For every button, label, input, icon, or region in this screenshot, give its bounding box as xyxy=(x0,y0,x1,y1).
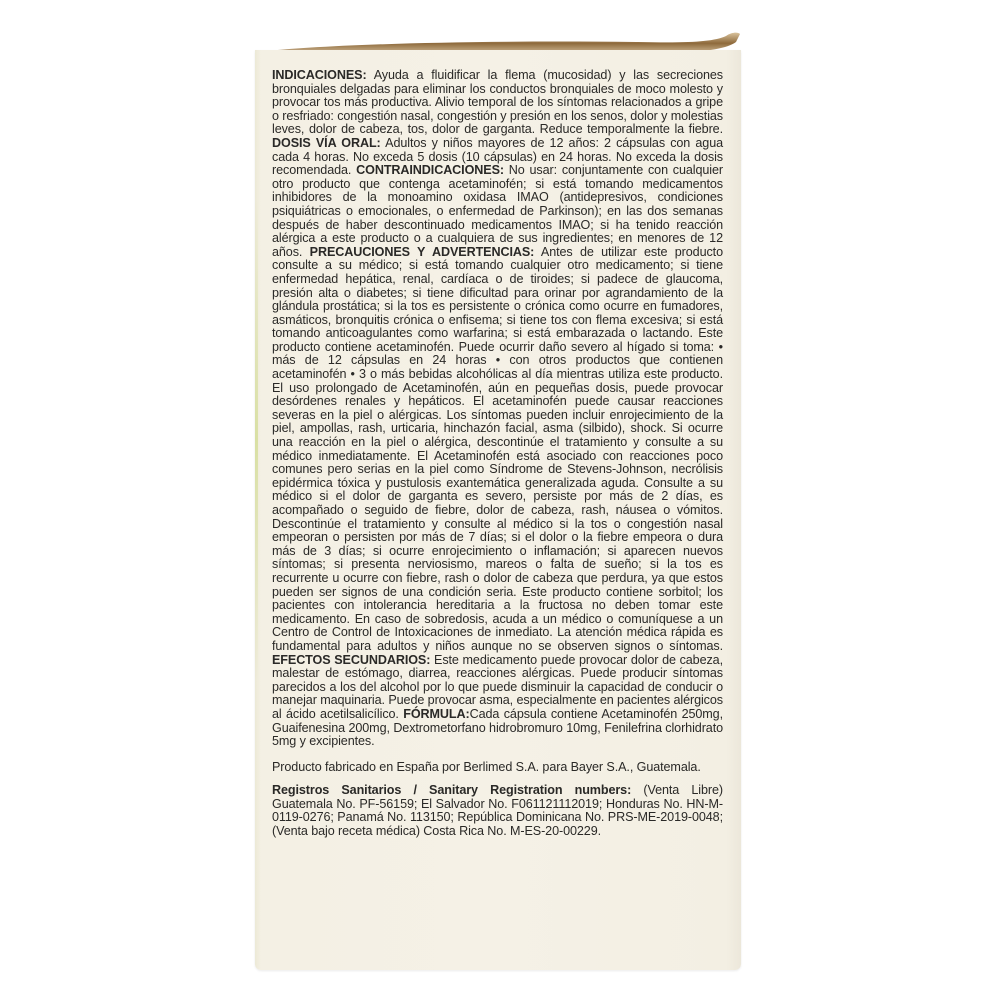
main-instructions: INDICACIONES: Ayuda a fluidificar la fle… xyxy=(272,69,723,749)
product-box-side-panel: INDICACIONES: Ayuda a fluidificar la fle… xyxy=(255,50,741,970)
sanitary-registrations: Registros Sanitarios / Sanitary Registra… xyxy=(272,784,723,838)
label-text-block: INDICACIONES: Ayuda a fluidificar la fle… xyxy=(272,69,723,849)
heading-efectos: EFECTOS SECUNDARIOS: xyxy=(272,653,430,667)
heading-indicaciones: INDICACIONES: xyxy=(272,68,367,82)
heading-dosis: DOSIS VÍA ORAL: xyxy=(272,136,381,150)
manufacturer-note: Producto fabricado en España por Berlime… xyxy=(272,761,723,775)
registrations-heading: Registros Sanitarios / Sanitary Registra… xyxy=(272,783,631,797)
heading-formula: FÓRMULA: xyxy=(403,707,469,721)
text-precauciones: Antes de utilizar este producto consulte… xyxy=(272,245,723,653)
heading-precauciones: PRECAUCIONES Y ADVERTENCIAS: xyxy=(310,245,535,259)
heading-contraindicaciones: CONTRAINDICACIONES: xyxy=(356,163,504,177)
